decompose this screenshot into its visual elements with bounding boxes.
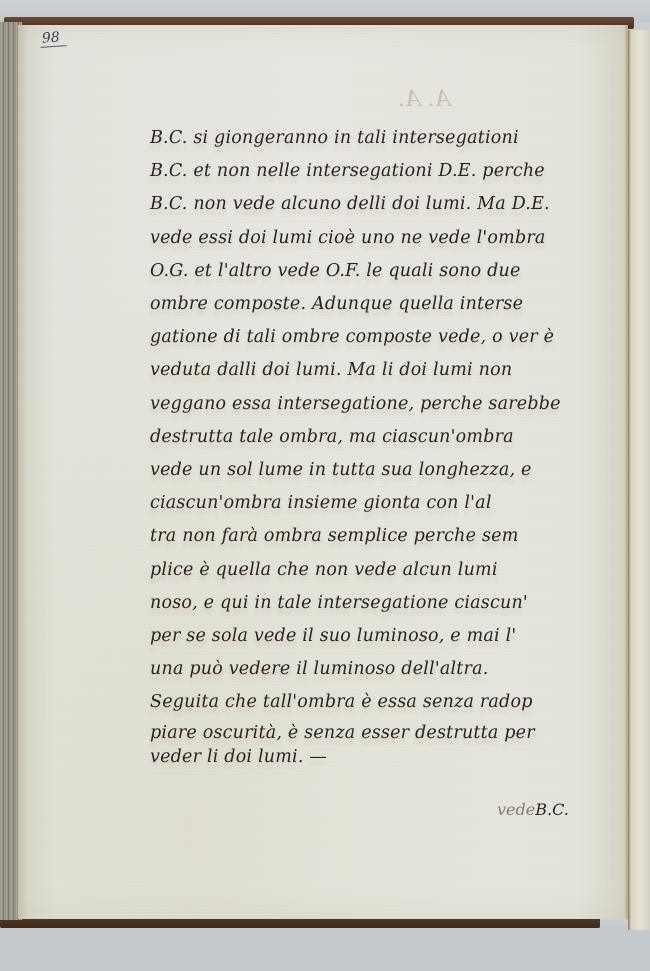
catchword-faint: vede bbox=[497, 800, 535, 819]
text-line: veggano essa intersegatione, perche sare… bbox=[150, 388, 570, 421]
text-line: veduta dalli doi lumi. Ma li doi lumi no… bbox=[150, 354, 570, 387]
text-line: ciascun'ombra insieme gionta con l'al bbox=[150, 487, 570, 520]
folio-number: 98 bbox=[39, 29, 66, 48]
text-line: vede un sol lume in tutta sua longhezza,… bbox=[150, 454, 570, 487]
catchword-main: B.C. bbox=[535, 800, 569, 819]
text-line: Seguita che tall'ombra è essa senza rado… bbox=[150, 686, 570, 719]
text-line: una può vedere il luminoso dell'altra. bbox=[150, 653, 570, 686]
text-line: plice è quella che non vede alcun lumi bbox=[150, 554, 570, 587]
text-line: piare oscurità, è senza esser destrutta … bbox=[150, 720, 570, 747]
scan-background-bottom bbox=[0, 925, 650, 971]
text-line: destrutta tale ombra, ma ciascun'ombra bbox=[150, 421, 570, 454]
facing-page-edge bbox=[628, 30, 650, 930]
text-line: ombre composte. Adunque quella interse bbox=[150, 288, 570, 321]
text-line: veder li doi lumi. — bbox=[150, 747, 570, 767]
catchword: vedeB.C. bbox=[497, 800, 569, 819]
text-line: per se sola vede il suo luminoso, e mai … bbox=[150, 620, 570, 653]
text-line: tra non farà ombra semplice perche sem bbox=[150, 520, 570, 553]
text-line: B.C. et non nelle intersegationi D.E. pe… bbox=[150, 155, 570, 188]
text-line: B.C. si giongeranno in tali intersegatio… bbox=[150, 122, 570, 155]
text-line: B.C. non vede alcuno delli doi lumi. Ma … bbox=[150, 188, 570, 221]
text-line: noso, e qui in tale intersegatione ciasc… bbox=[150, 587, 570, 620]
text-line: gatione di tali ombre composte vede, o v… bbox=[150, 321, 570, 354]
bleed-through-mark: A. A. bbox=[398, 87, 451, 112]
text-line: O.G. et l'altro vede O.F. le quali sono … bbox=[150, 255, 570, 288]
manuscript-text: B.C. si giongeranno in tali intersegatio… bbox=[150, 122, 570, 767]
text-line: vede essi doi lumi cioè uno ne vede l'om… bbox=[150, 222, 570, 255]
